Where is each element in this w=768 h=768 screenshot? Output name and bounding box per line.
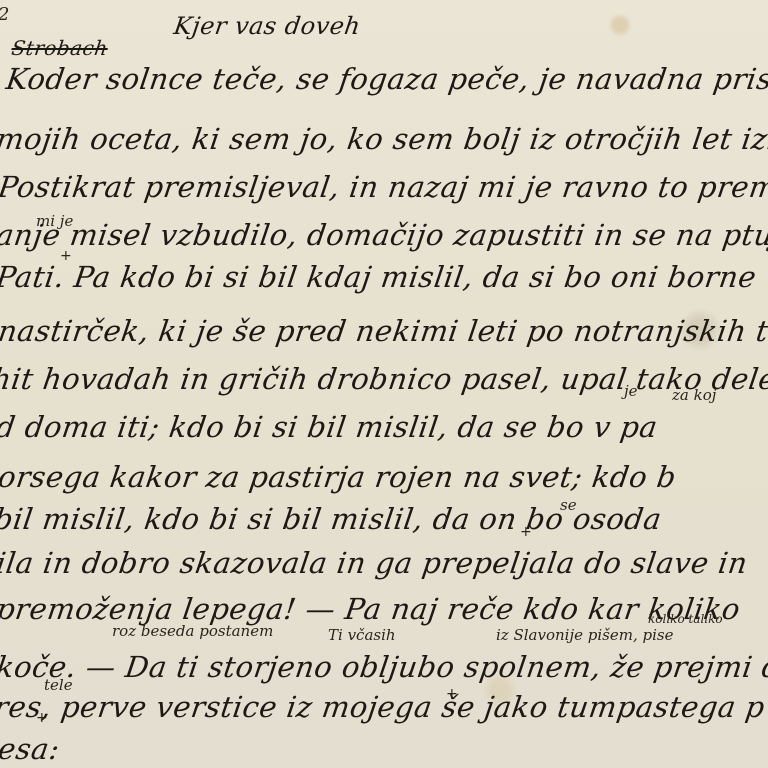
insertion-za-koj: za koj [672,386,716,404]
manuscript-page: 2 Kjer vas doveh Strobach Koder solnce t… [0,0,768,768]
insertion-mark-cross: + [36,710,48,726]
insertion-mark-cross: + [60,248,72,264]
page-number: 2 [0,4,9,25]
manuscript-line-2: mojih oceta, ki sem jo, ko sem bolj iz o… [0,122,768,156]
insertion-mark-cross: + [520,524,532,540]
manuscript-line-12: premoženja lepega! — Pa naj reče kdo kar… [0,592,742,626]
manuscript-line-9: orsega kakor za pastirja rojen na svet; … [0,460,679,494]
manuscript-line-5: Pati. Pa kdo bi si bil kdaj mislil, da s… [0,260,759,294]
manuscript-line-13: koče. — Da ti storjeno obljubo spolnem, … [0,650,768,684]
manuscript-line-8: d doma iti; kdo bi si bil mislil, da se … [0,410,660,444]
manuscript-line-3: Postikrat premisljeval, in nazaj mi je r… [0,170,768,204]
insertion-iz-slavonije: iz Slavonije pišem, pise [496,626,673,644]
manuscript-line-6: nastirček, ki je še pred nekimi leti po … [0,314,768,348]
manuscript-line-10: bil mislil, kdo bi si bil mislil, da on … [0,502,664,536]
manuscript-line-15: esa: [0,732,62,766]
manuscript-line-7: hit hovadah in gričih drobnico pasel, up… [0,362,768,396]
insertion-je: je [624,382,638,400]
manuscript-line-11: ila in dobro skazovala in ga prepeljala … [0,546,750,580]
insertion-koliko-taliko: koliko taliko [648,612,723,626]
manuscript-line-14: res, perve verstice iz mojega še jako tu… [0,690,767,724]
insertion-ti-vcasih: Ti včasih [328,626,396,644]
manuscript-line-1: Koder solnce teče, se fogaza peče, je na… [4,62,768,96]
insertion-mark-cross: + [446,686,458,702]
crossed-out-heading: Strobach [10,36,110,60]
insertion-roz-beseda: roz beseda postanem [112,622,273,640]
manuscript-line-4: anje misel vzbudilo, domačijo zapustiti … [0,218,768,252]
manuscript-title: Kjer vas doveh [172,12,362,40]
